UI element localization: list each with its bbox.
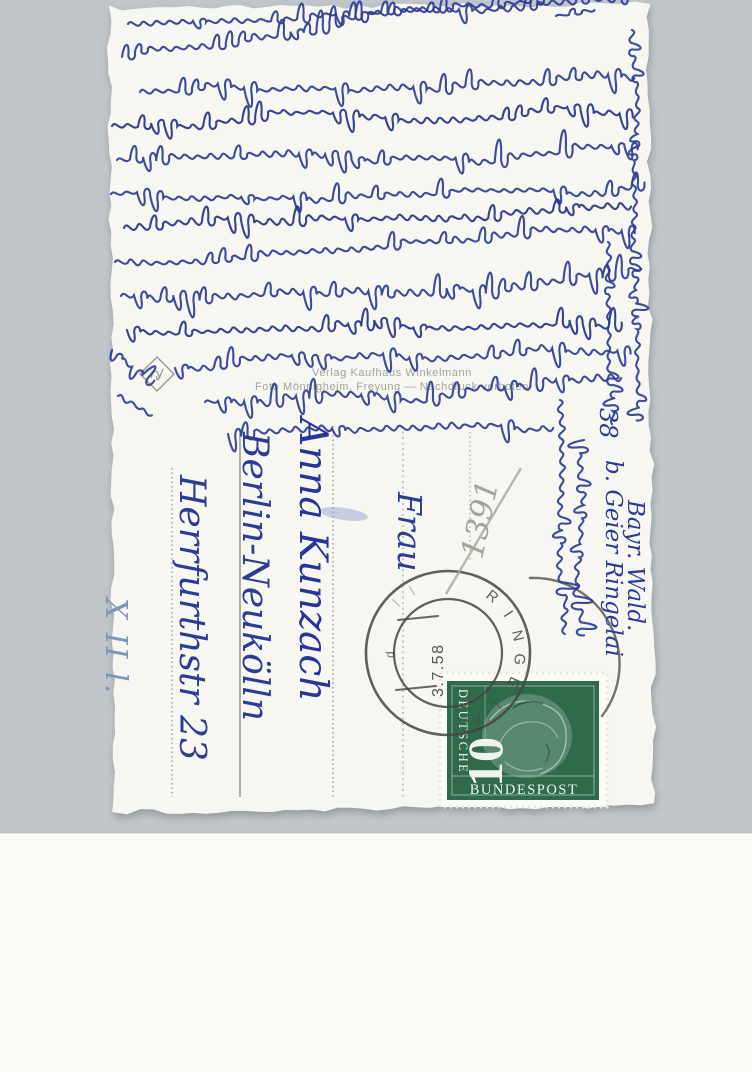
address-street: Herrfurthstr 23 — [171, 474, 212, 761]
address-salutation: Frau — [390, 491, 429, 572]
postmark-date: 3.7.58 — [430, 644, 447, 697]
address-city: Berlin-Neukölln — [234, 431, 275, 721]
postmark-office-letter: d — [383, 651, 397, 658]
imprint-line1: Verlag Kaufhaus Winkelmann — [312, 367, 472, 379]
stamp-value: 10 — [457, 737, 513, 787]
postage-stamp: DEUTSCHE 10 BUNDESPOST — [440, 673, 607, 807]
postcard-back-scan: Verlag Kaufhaus Winkelmann Foto Mönnighe… — [0, 0, 752, 1072]
sender-line3: Bayr. Wald. — [622, 499, 648, 631]
stamp-country-bottom: BUNDESPOST — [470, 782, 578, 798]
address-name: Anna Kunzach — [290, 415, 335, 701]
postmark-letter: G — [510, 653, 528, 666]
district-note: X II l. — [98, 596, 133, 695]
sender-number: 38 — [594, 408, 622, 439]
